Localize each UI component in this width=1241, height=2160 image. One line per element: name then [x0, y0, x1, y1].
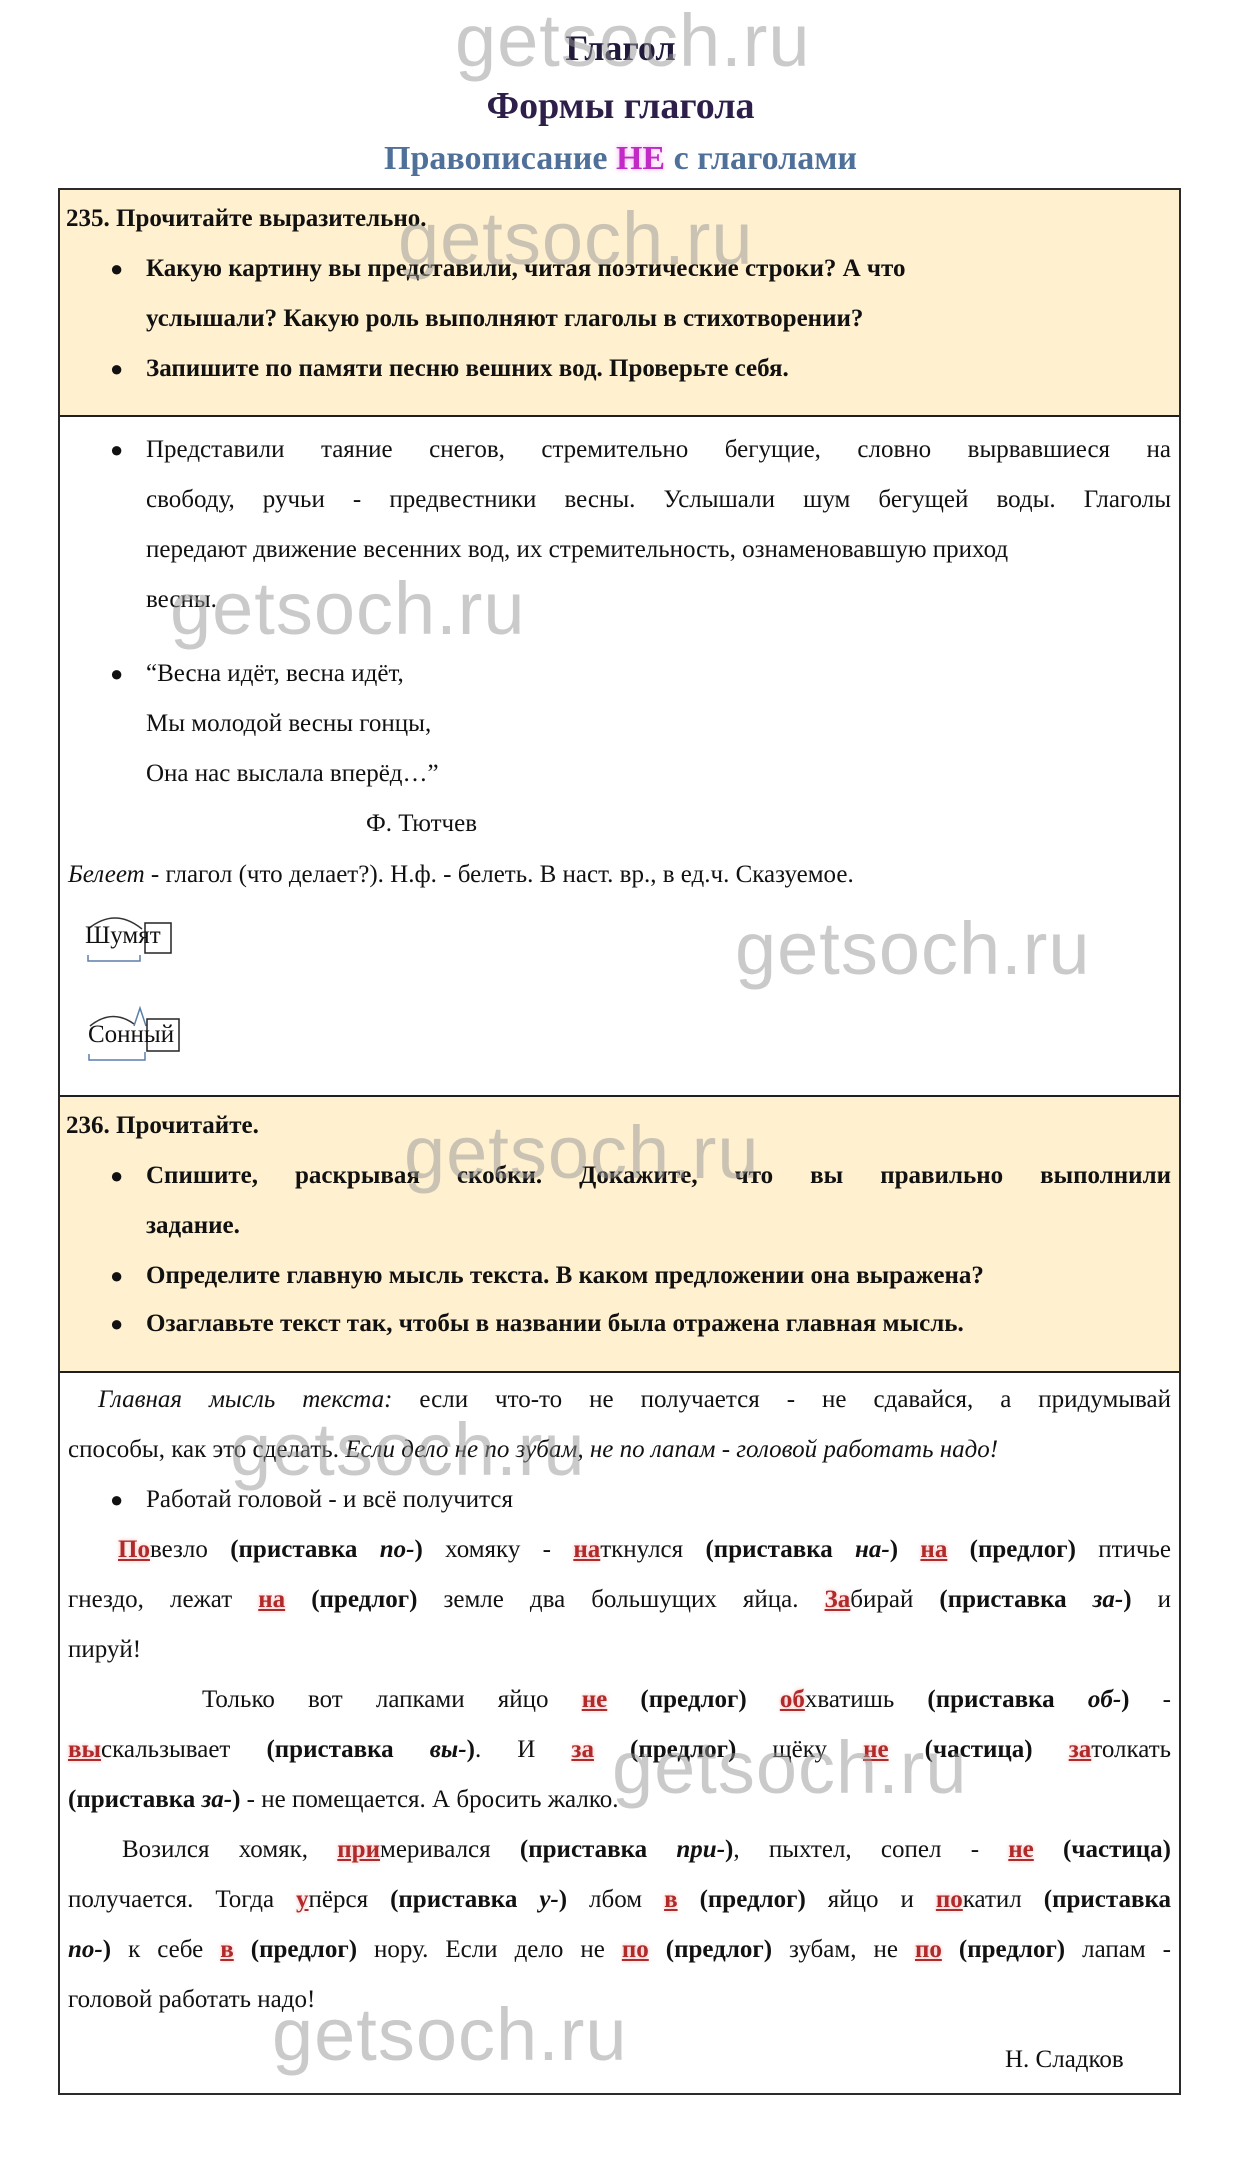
main-idea-line2: способы, как это сделать. Если дело не п…	[68, 1435, 998, 1465]
morpheme-diagram-shumyat: Шумят	[82, 905, 192, 980]
story-line: пируй!	[68, 1635, 141, 1665]
main-idea-label: Главная мысль текста:	[98, 1386, 392, 1413]
topic-ne: НЕ	[616, 140, 665, 177]
morpheme-word: Сонный	[88, 1020, 174, 1050]
answer-line: весны.	[146, 585, 217, 615]
main-idea-text2: способы, как это сделать.	[68, 1436, 345, 1463]
story-line: головой работать надо!	[68, 1985, 315, 2015]
page-subtitle: Формы глагола	[0, 84, 1241, 128]
story-line: Возился хомяк, примеривался (приставка п…	[68, 1835, 1171, 1865]
bullet-icon: ●	[110, 256, 123, 282]
title-answer: Работай головой - и всё получится	[146, 1485, 513, 1515]
task-235-1-line1: Какую картину вы представили, читая поэт…	[146, 254, 905, 284]
bullet-icon: ●	[110, 1311, 123, 1337]
answer-line: свободу, ручьи - предвестники весны. Усл…	[146, 485, 1171, 515]
exercise-235-answer: ● Представили таяние снегов, стремительн…	[60, 415, 1179, 1095]
story-line: получается. Тогда упёрся (приставка у-) …	[68, 1885, 1171, 1915]
analysis-word: Белеет	[68, 861, 145, 888]
poem-author: Ф. Тютчев	[366, 809, 477, 839]
topic-pre: Правописание	[384, 140, 616, 177]
exercise-table: 235. Прочитайте выразительно. ● Какую ка…	[58, 188, 1181, 2095]
story-line: по-) к себе в (предлог) нору. Если дело …	[68, 1935, 1171, 1965]
task-236-3: Озаглавьте текст так, чтобы в названии б…	[146, 1309, 964, 1339]
exercise-236-heading: 236. Прочитайте.	[66, 1111, 259, 1141]
task-236-2: Определите главную мысль текста. В каком…	[146, 1261, 984, 1291]
main-idea-quote: Если дело не по зубам, не по лапам - гол…	[345, 1436, 998, 1463]
story-line: выскальзывает (приставка вы-). И за (пре…	[68, 1735, 1171, 1765]
task-235-1-line2: услышали? Какую роль выполняют глаголы в…	[146, 304, 863, 334]
story-author: Н. Сладков	[1005, 2045, 1124, 2075]
story-line: (приставка за-) - не помещается. А броси…	[68, 1785, 618, 1815]
exercise-236-answer: Главная мысль текста: если что-то не пол…	[60, 1371, 1179, 2095]
analysis-text: - глагол (что делает?). Н.ф. - белеть. В…	[145, 861, 854, 888]
story-line: Только вот лапками яйцо не (предлог) обх…	[68, 1685, 1171, 1715]
bullet-icon: ●	[110, 1487, 123, 1513]
main-idea-text: если что-то не получается - не сдавайся,…	[392, 1386, 1171, 1413]
morpheme-diagram-sonnyi: Сонный	[82, 1002, 202, 1082]
topic-title: Правописание НЕ с глаголами	[0, 138, 1241, 180]
topic-post: с глаголами	[665, 140, 857, 177]
main-idea-line1: Главная мысль текста: если что-то не пол…	[68, 1385, 1171, 1415]
bullet-icon: ●	[110, 1263, 123, 1289]
task-236-1-line2: задание.	[146, 1211, 240, 1241]
exercise-235-heading: 235. Прочитайте выразительно.	[66, 204, 426, 234]
bullet-icon: ●	[110, 1163, 123, 1189]
answer-line: Представили таяние снегов, стремительно …	[146, 435, 1171, 465]
morpheme-word: Шумят	[85, 921, 161, 951]
page-title: Глагол	[0, 28, 1241, 68]
story-line: гнездо, лежат на (предлог) земле два бол…	[68, 1585, 1171, 1615]
verb-analysis: Белеет - глагол (что делает?). Н.ф. - бе…	[68, 860, 854, 890]
bullet-icon: ●	[110, 437, 123, 463]
task-235-2: Запишите по памяти песню вешних вод. Про…	[146, 354, 789, 384]
poem-line: “Весна идёт, весна идёт,	[146, 659, 404, 689]
exercise-236-task: 236. Прочитайте. ● Спишите, раскрывая ск…	[60, 1095, 1179, 1371]
answer-line: передают движение весенних вод, их стрем…	[146, 535, 1008, 565]
bullet-icon: ●	[110, 356, 123, 382]
task-236-1-line1: Спишите, раскрывая скобки. Докажите, что…	[146, 1161, 1171, 1191]
poem-line: Мы молодой весны гонцы,	[146, 709, 431, 739]
bullet-icon: ●	[110, 661, 123, 687]
story-line: Повезло (приставка по-) хомяку - наткнул…	[68, 1535, 1171, 1565]
poem-line: Она нас выслала вперёд…”	[146, 759, 439, 789]
exercise-235-task: 235. Прочитайте выразительно. ● Какую ка…	[60, 190, 1179, 415]
